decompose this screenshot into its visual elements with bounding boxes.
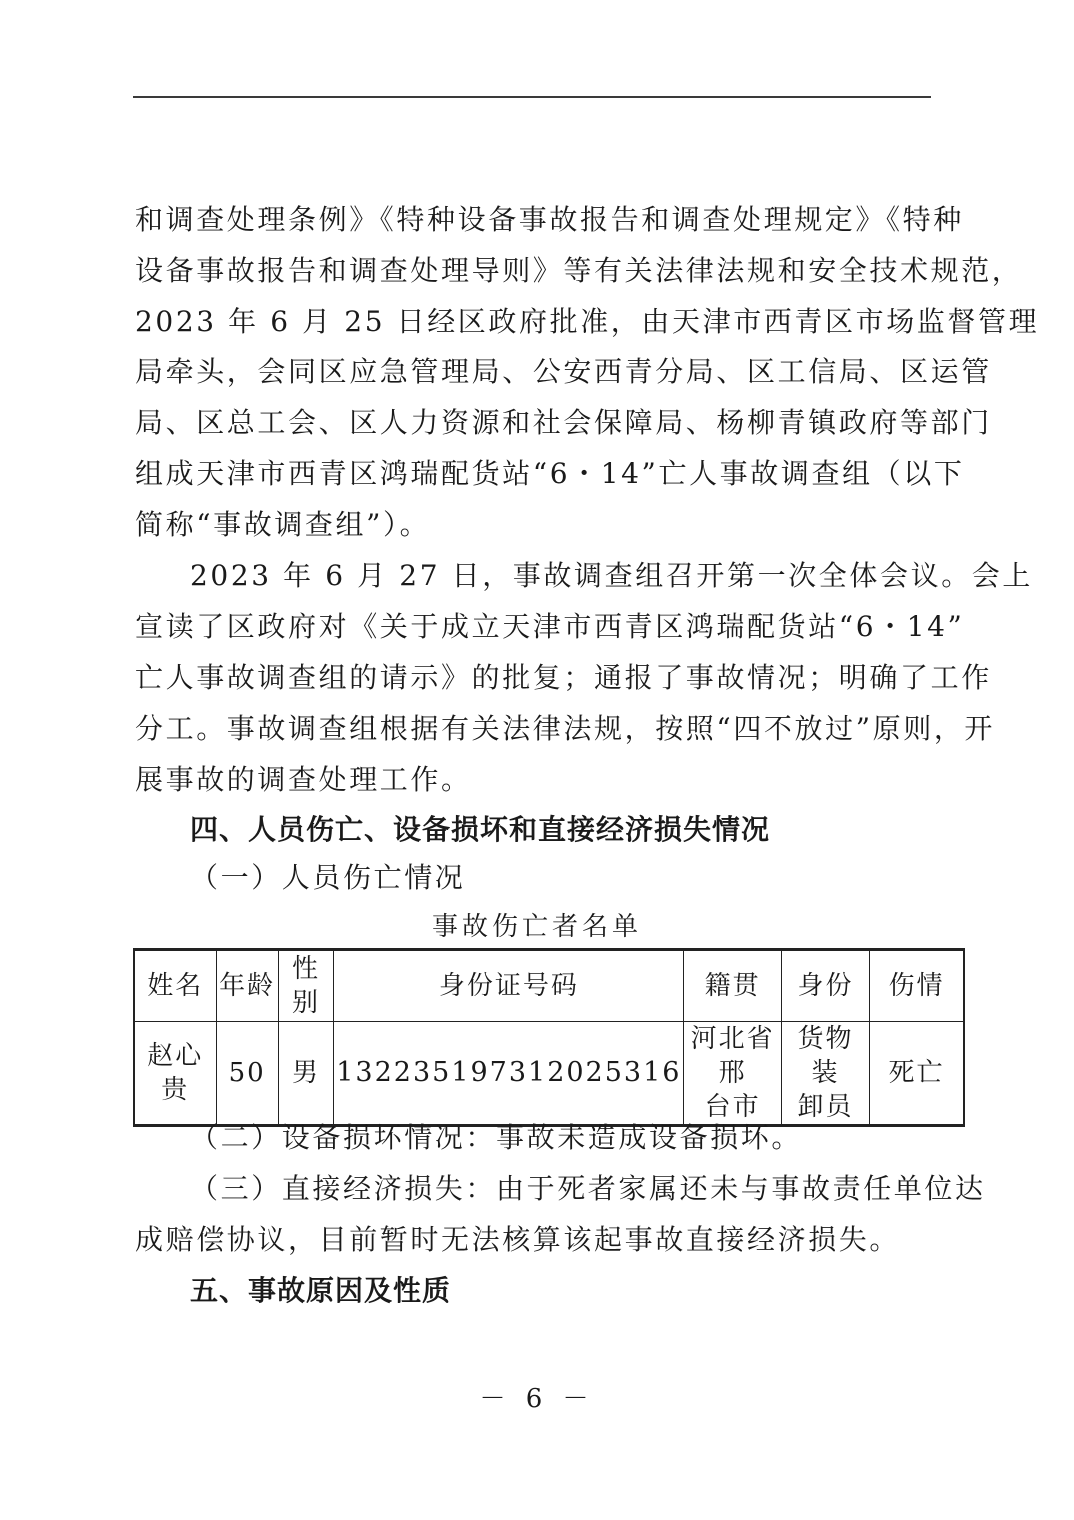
paragraph-line: 和调查处理条例》《特种设备事故报告和调查处理规定》《特种 (135, 203, 935, 237)
subsection-heading: （一）人员伤亡情况 (190, 861, 990, 895)
paragraph-line: 亡人事故调查组的请示》的批复；通报了事故情况；明确了工作 (135, 661, 935, 695)
cell-role-line2: 卸员 (784, 1090, 867, 1124)
header-rule (133, 96, 931, 98)
subsection-equipment: （二）设备损坏情况：事故未造成设备损坏。 (190, 1121, 990, 1155)
column-header-injury: 伤情 (870, 950, 964, 1022)
paragraph-line: 局、区总工会、区人力资源和社会保障局、杨柳青镇政府等部门 (135, 406, 935, 440)
paragraph-line: 成赔偿协议，目前暂时无法核算该起事故直接经济损失。 (135, 1223, 935, 1257)
paragraph-line: 局牵头，会同区应急管理局、公安西青分局、区工信局、区运管 (135, 355, 935, 389)
cell-role: 货物装 卸员 (781, 1022, 869, 1126)
cell-hometown: 河北省邢 台市 (684, 1022, 781, 1126)
paragraph-line: 展事故的调查处理工作。 (135, 763, 935, 797)
column-header-role: 身份 (781, 950, 869, 1022)
paragraph-line: 2023 年 6 月 25 日经区政府批准，由天津市西青区市场监督管理 (135, 305, 935, 339)
paragraph-line: 设备事故报告和调查处理导则》等有关法律法规和安全技术规范， (135, 254, 935, 288)
cell-hometown-line2: 台市 (686, 1090, 778, 1124)
section-heading: 四、人员伤亡、设备损坏和直接经济损失情况 (190, 813, 990, 847)
cell-gender: 男 (278, 1022, 334, 1126)
column-header-name: 姓名 (134, 950, 216, 1022)
cell-hometown-line1: 河北省邢 (686, 1022, 778, 1090)
cell-role-line1: 货物装 (784, 1022, 867, 1090)
paragraph-line: 宣读了区政府对《关于成立天津市西青区鸿瑞配货站“6・14” (135, 610, 935, 644)
subsection-economic-loss: （三）直接经济损失：由于死者家属还未与事故责任单位达 (190, 1172, 990, 1206)
cell-name: 赵心贵 (134, 1022, 216, 1126)
paragraph-line: 组成天津市西青区鸿瑞配货站“6・14”亡人事故调查组（以下 (135, 457, 935, 491)
cell-injury: 死亡 (870, 1022, 964, 1126)
paragraph-line: 2023 年 6 月 27 日，事故调查组召开第一次全体会议。会上 (190, 559, 990, 593)
column-header-id-number: 身份证号码 (334, 950, 684, 1022)
cell-id-number: 132235197312025316 (334, 1022, 684, 1126)
column-header-hometown: 籍贯 (684, 950, 781, 1022)
paragraph-line: 分工。事故调查组根据有关法律法规，按照“四不放过”原则，开 (135, 712, 935, 746)
table-header-row: 姓名 年龄 性别 身份证号码 籍贯 身份 伤情 (134, 950, 964, 1022)
column-header-age: 年龄 (216, 950, 278, 1022)
page-number: － 6 － (0, 1378, 1074, 1415)
paragraph-line: 简称“事故调查组”）。 (135, 508, 935, 542)
casualty-table: 姓名 年龄 性别 身份证号码 籍贯 身份 伤情 赵心贵 50 男 1322351… (133, 948, 965, 1127)
cell-age: 50 (216, 1022, 278, 1126)
table-caption: 事故伤亡者名单 (0, 910, 1074, 944)
section-heading: 五、事故原因及性质 (190, 1274, 990, 1308)
table-row: 赵心贵 50 男 132235197312025316 河北省邢 台市 货物装 … (134, 1022, 964, 1126)
document-page: 和调查处理条例》《特种设备事故报告和调查处理规定》《特种 设备事故报告和调查处理… (0, 0, 1074, 1520)
column-header-gender: 性别 (278, 950, 334, 1022)
